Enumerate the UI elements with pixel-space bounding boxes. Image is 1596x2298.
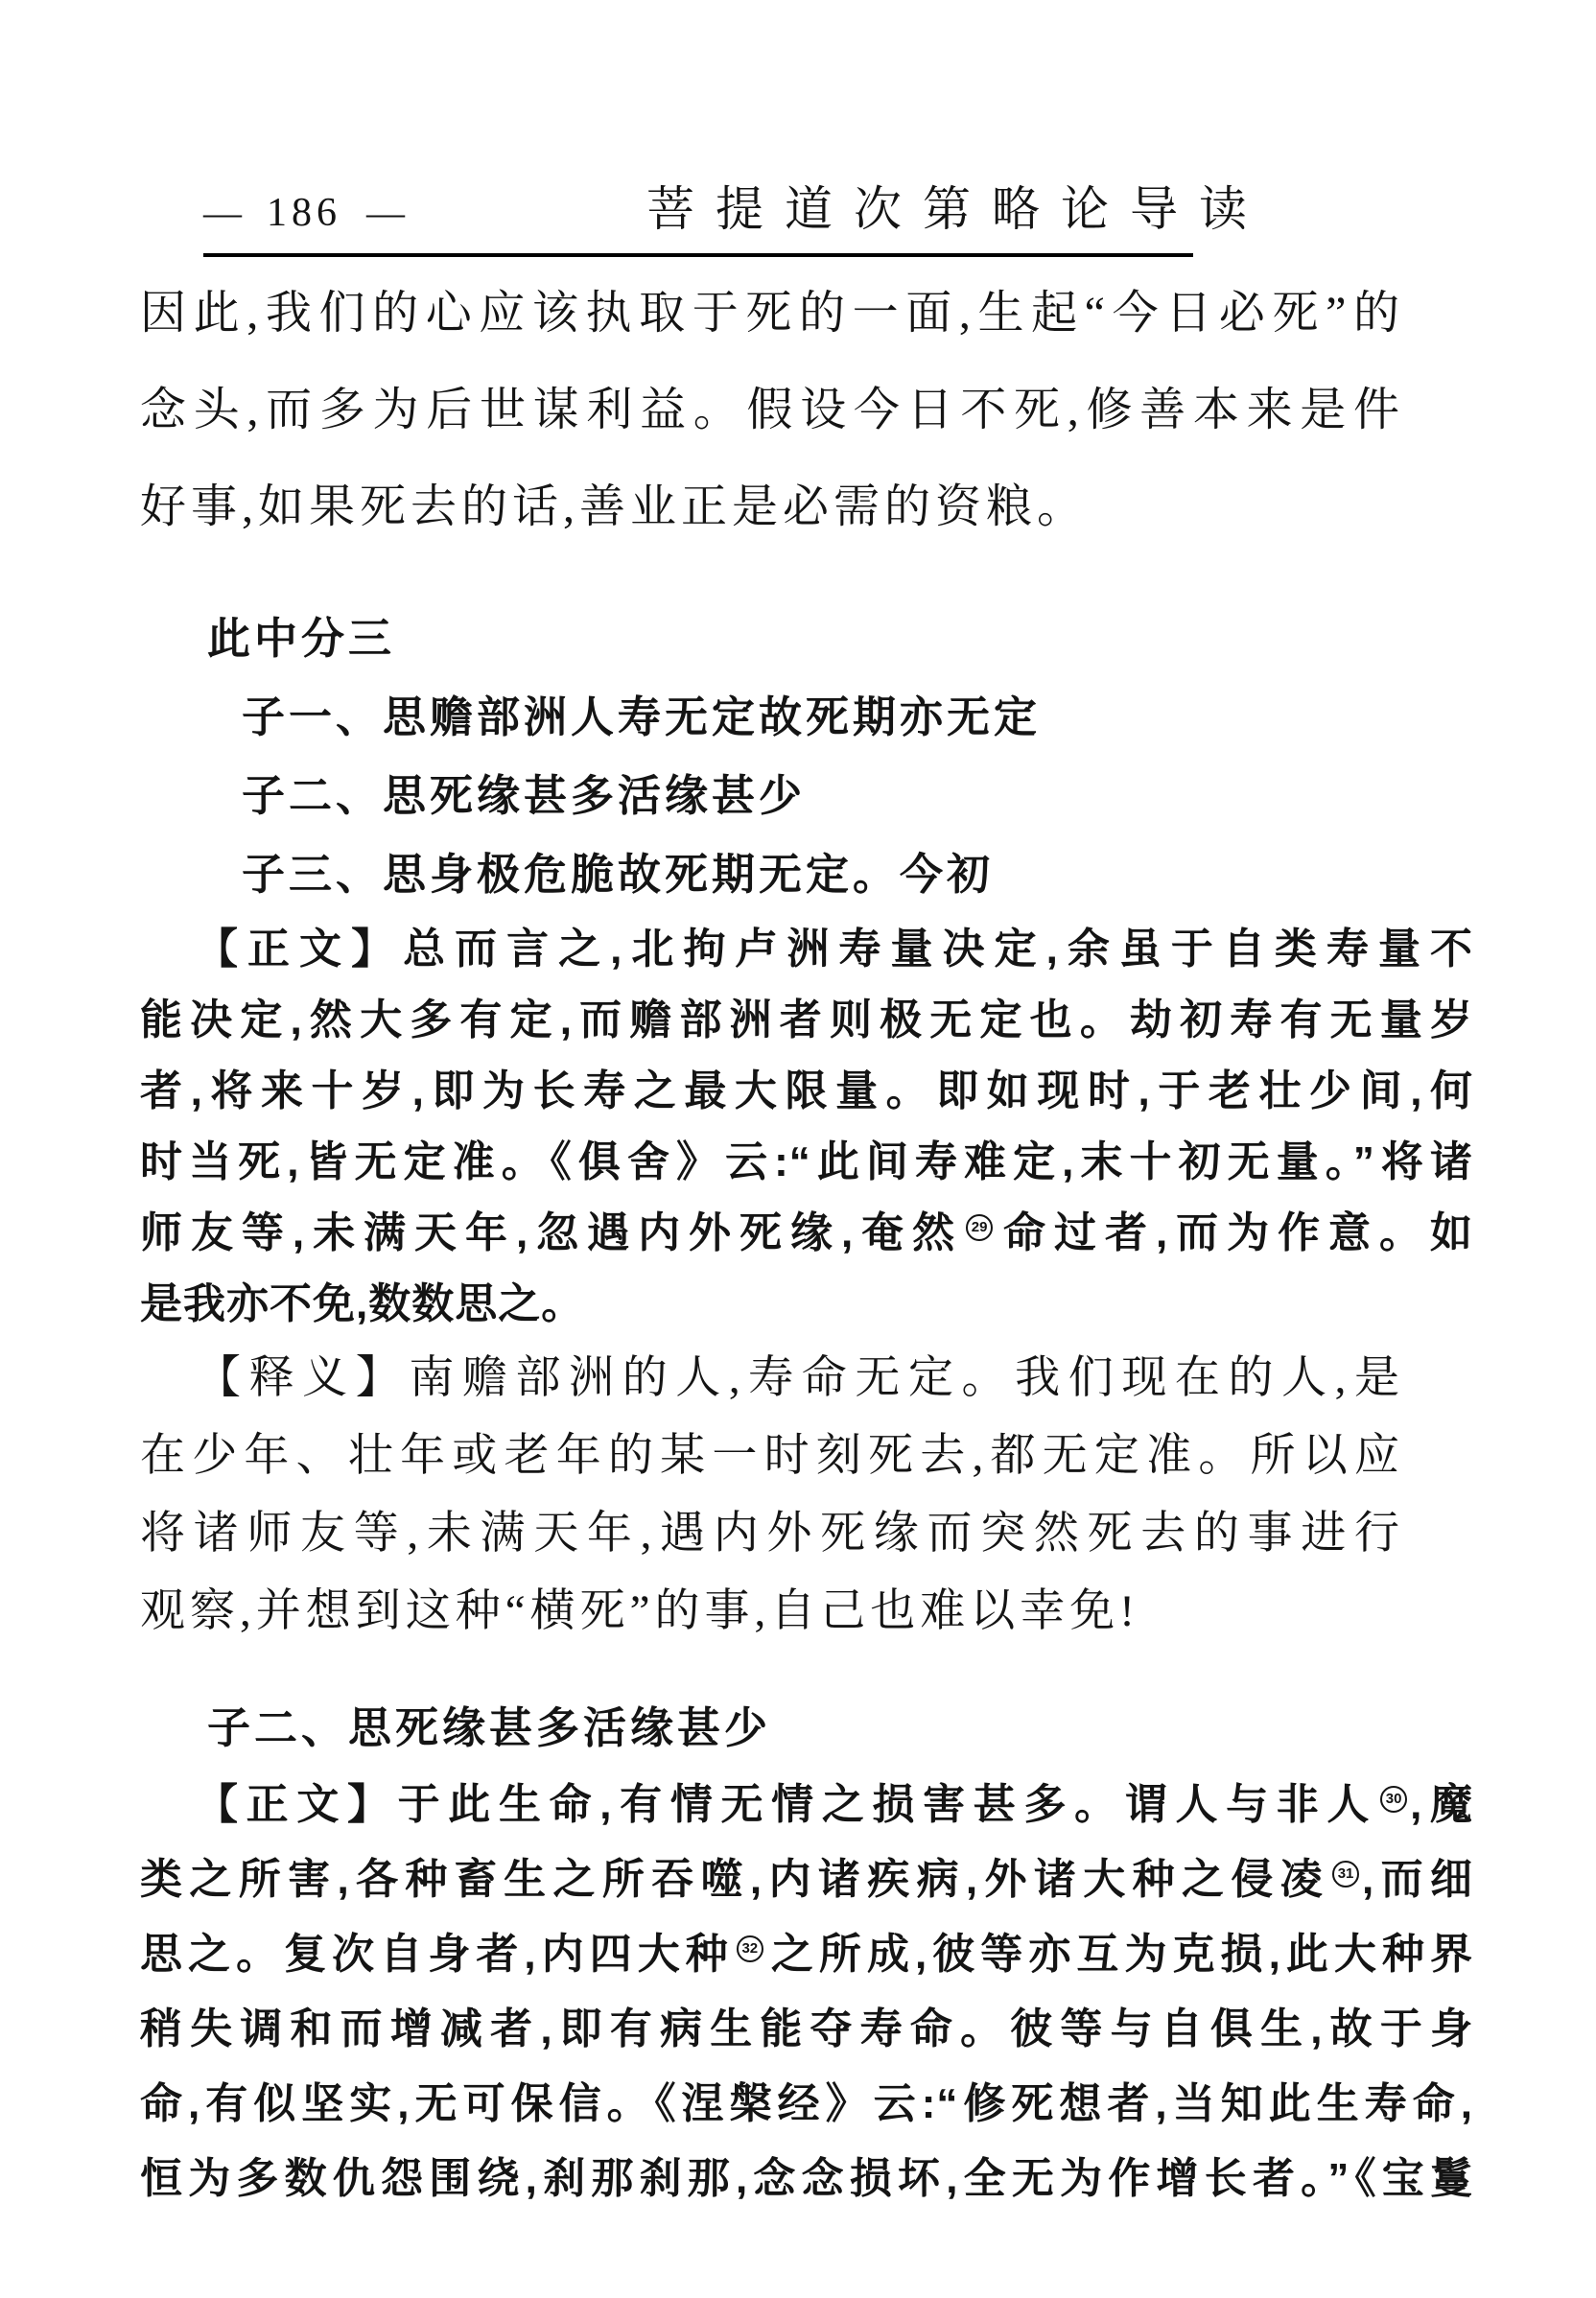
text-line: 思之。复次自身者,内四大种32之所成,彼等亦互为克损,此大种界 bbox=[140, 1917, 1473, 1992]
text-line: 命,有似坚实,无可保信。《涅槃经》云:“修死想者,当知此生寿命, bbox=[140, 2067, 1473, 2142]
zhengwen-section-2: 【正文】于此生命,有情无情之损害甚多。谓人与非人30,魔类之所害,各种畜生之所吞… bbox=[140, 1768, 1473, 2216]
text-line: 子二、思死缘甚多活缘甚少 bbox=[242, 757, 1475, 835]
footnote-marker: 31 bbox=[1332, 1861, 1359, 1888]
text-line: 在少年、壮年或老年的某一时刻死去,都无定准。所以应 bbox=[140, 1418, 1404, 1495]
text-line: 子三、思身极危脆故死期无定。今初 bbox=[242, 835, 1475, 914]
page-number-dash-right: — bbox=[366, 190, 405, 236]
text-line: 因此,我们的心应该执取于死的一面,生起“今日必死”的 bbox=[140, 265, 1404, 362]
page-number: 186 bbox=[267, 190, 341, 236]
section-heading-zi-er: 子二、思死缘甚多活缘甚少 bbox=[207, 1689, 1475, 1768]
book-title: 菩提道次第略论导读 bbox=[646, 182, 1268, 236]
text-line: 者,将来十岁,即为长寿之最大限量。即如现时,于老壮少间,何 bbox=[140, 1056, 1473, 1127]
zhengwen-section-1: 【正文】总而言之,北拘卢洲寿量决定,余虽于自类寿量不能决定,然大多有定,而赡部洲… bbox=[140, 914, 1473, 1340]
text-line: 念头,而多为后世谋利益。假设今日不死,修善本来是件 bbox=[140, 362, 1404, 458]
text-line: 【正文】总而言之,北拘卢洲寿量决定,余虽于自类寿量不 bbox=[140, 914, 1473, 985]
outline-item-1: 子一、思赡部洲人寿无定故死期亦无定 bbox=[242, 678, 1475, 757]
footnote-marker: 30 bbox=[1380, 1786, 1407, 1813]
text-line: 子一、思赡部洲人寿无定故死期亦无定 bbox=[242, 678, 1475, 757]
text-line: 类之所害,各种畜生之所吞噬,内诸疾病,外诸大种之侵凌31,而细 bbox=[140, 1842, 1473, 1917]
book-page: — 186 — 菩提道次第略论导读 因此,我们的心应该执取于死的一面,生起“今日… bbox=[0, 0, 1596, 2298]
text-line: 恒为多数仇怨围绕,刹那刹那,念念损坏,全无为作增长者。”《宝鬘 bbox=[140, 2142, 1473, 2216]
text-line: 【正文】于此生命,有情无情之损害甚多。谓人与非人30,魔 bbox=[140, 1768, 1473, 1842]
page-header: — 186 — 菩提道次第略论导读 bbox=[203, 182, 1193, 257]
page-number-dash-left: — bbox=[203, 190, 242, 236]
text-line: 将诸师友等,未满天年,遇内外死缘而突然死去的事进行 bbox=[140, 1495, 1404, 1573]
text-line: 是我亦不免,数数思之。 bbox=[140, 1269, 1473, 1340]
text-line: 此中分三 bbox=[207, 599, 1475, 678]
text-line: 稍失调和而增减者,即有病生能夺寿命。彼等与自俱生,故于身 bbox=[140, 1992, 1473, 2067]
shiyi-section-1: 【释义】南赡部洲的人,寿命无定。我们现在的人,是在少年、壮年或老年的某一时刻死去… bbox=[140, 1340, 1404, 1651]
text-line: 【释义】南赡部洲的人,寿命无定。我们现在的人,是 bbox=[140, 1340, 1404, 1418]
intro-paragraph: 因此,我们的心应该执取于死的一面,生起“今日必死”的念头,而多为后世谋利益。假设… bbox=[140, 265, 1404, 555]
text-line: 观察,并想到这种“横死”的事,自己也难以幸免! bbox=[140, 1573, 1404, 1651]
text-line: 子二、思死缘甚多活缘甚少 bbox=[207, 1689, 1475, 1768]
outline-item-3: 子三、思身极危脆故死期无定。今初 bbox=[242, 835, 1475, 914]
footnote-marker: 29 bbox=[966, 1214, 993, 1241]
text-line: 好事,如果死去的话,善业正是必需的资粮。 bbox=[140, 458, 1404, 555]
text-line: 能决定,然大多有定,而赡部洲者则极无定也。劫初寿有无量岁 bbox=[140, 985, 1473, 1056]
outline-heading: 此中分三 bbox=[207, 599, 1475, 678]
text-line: 师友等,未满天年,忽遇内外死缘,奄然29命过者,而为作意。如 bbox=[140, 1198, 1473, 1269]
page-body: 因此,我们的心应该执取于死的一面,生起“今日必死”的念头,而多为后世谋利益。假设… bbox=[140, 265, 1475, 2216]
outline-item-2: 子二、思死缘甚多活缘甚少 bbox=[242, 757, 1475, 835]
text-line: 时当死,皆无定准。《俱舍》云:“此间寿难定,末十初无量。”将诸 bbox=[140, 1127, 1473, 1198]
footnote-marker: 32 bbox=[737, 1935, 763, 1962]
